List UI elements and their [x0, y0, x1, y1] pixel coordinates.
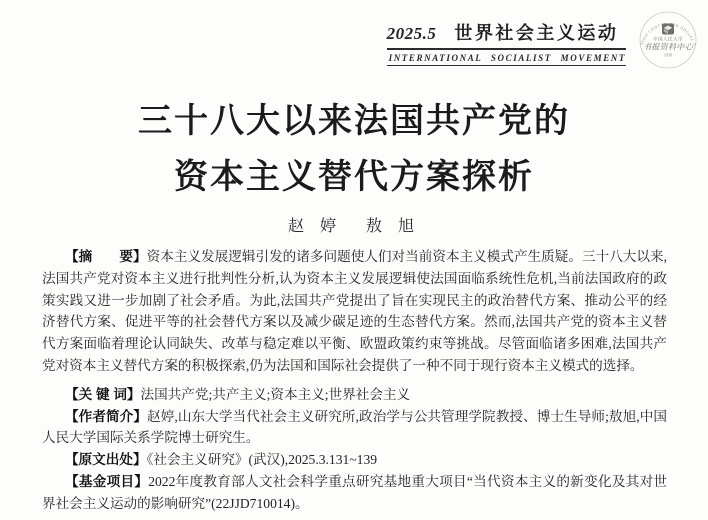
abstract-label: 【摘 要】 — [65, 249, 147, 264]
issue-number: 2025.5 — [387, 24, 437, 43]
publisher-seal-icon: INFORMATION CENTER FOR SOCIAL SCIENCES 中… — [636, 8, 700, 72]
source-text: 《社会主义研究》(武汉),2025.3.131~139 — [147, 452, 378, 467]
front-matter: 【摘 要】资本主义发展逻辑引发的诸多问题使人们对当前资本主义模式产生质疑。三十八… — [42, 246, 667, 515]
author-name: 敖 旭 — [366, 218, 420, 235]
article-title-line2: 资本主义替代方案探析 — [174, 159, 534, 196]
keywords-label: 【关 键 词】 — [65, 387, 141, 402]
author-bio-section: 【作者简介】赵婷,山东大学当代社会主义研究所,政治学与公共管理学院教授、博士生导… — [42, 406, 667, 450]
funding-label: 【基金项目】 — [65, 474, 148, 489]
abstract-text: 资本主义发展逻辑引发的诸多问题使人们对当前资本主义模式产生质疑。三十八大以来,法… — [42, 249, 667, 373]
funding-section: 【基金项目】2022年度教育部人文社会科学重点研究基地重大项目“当代资本主义的新… — [42, 471, 667, 515]
journal-page: 2025.5世界社会主义运动 INTERNATIONAL SOCIALIST M… — [0, 0, 708, 520]
author-bio-label: 【作者简介】 — [65, 409, 147, 424]
masthead-line-cn: 2025.5世界社会主义运动 — [387, 19, 626, 50]
article-title-line1: 三十八大以来法国共产党的 — [138, 103, 570, 140]
seal-university: 中国人民大学 — [653, 36, 683, 43]
seal-center-name: 书报资料中心 — [643, 43, 693, 52]
article-authors: 赵 婷敖 旭 — [0, 213, 708, 236]
abstract-section: 【摘 要】资本主义发展逻辑引发的诸多问题使人们对当前资本主义模式产生质疑。三十八… — [42, 246, 667, 377]
keywords-text: 法国共产党;共产主义;资本主义;世界社会主义 — [141, 387, 411, 402]
keywords-section: 【关 键 词】法国共产党;共产主义;资本主义;世界社会主义 — [42, 384, 667, 406]
journal-title-cn: 世界社会主义运动 — [454, 23, 618, 43]
journal-masthead: 2025.5世界社会主义运动 INTERNATIONAL SOCIALIST M… — [387, 19, 626, 66]
journal-title-en: INTERNATIONAL SOCIALIST MOVEMENT — [387, 50, 626, 66]
source-section: 【原文出处】《社会主义研究》(武汉),2025.3.131~139 — [42, 449, 667, 471]
article-title: 三十八大以来法国共产党的 资本主义替代方案探析 — [0, 94, 708, 206]
seal-year: 1958 — [664, 53, 672, 58]
source-label: 【原文出处】 — [65, 452, 147, 467]
author-name: 赵 婷 — [288, 218, 342, 235]
